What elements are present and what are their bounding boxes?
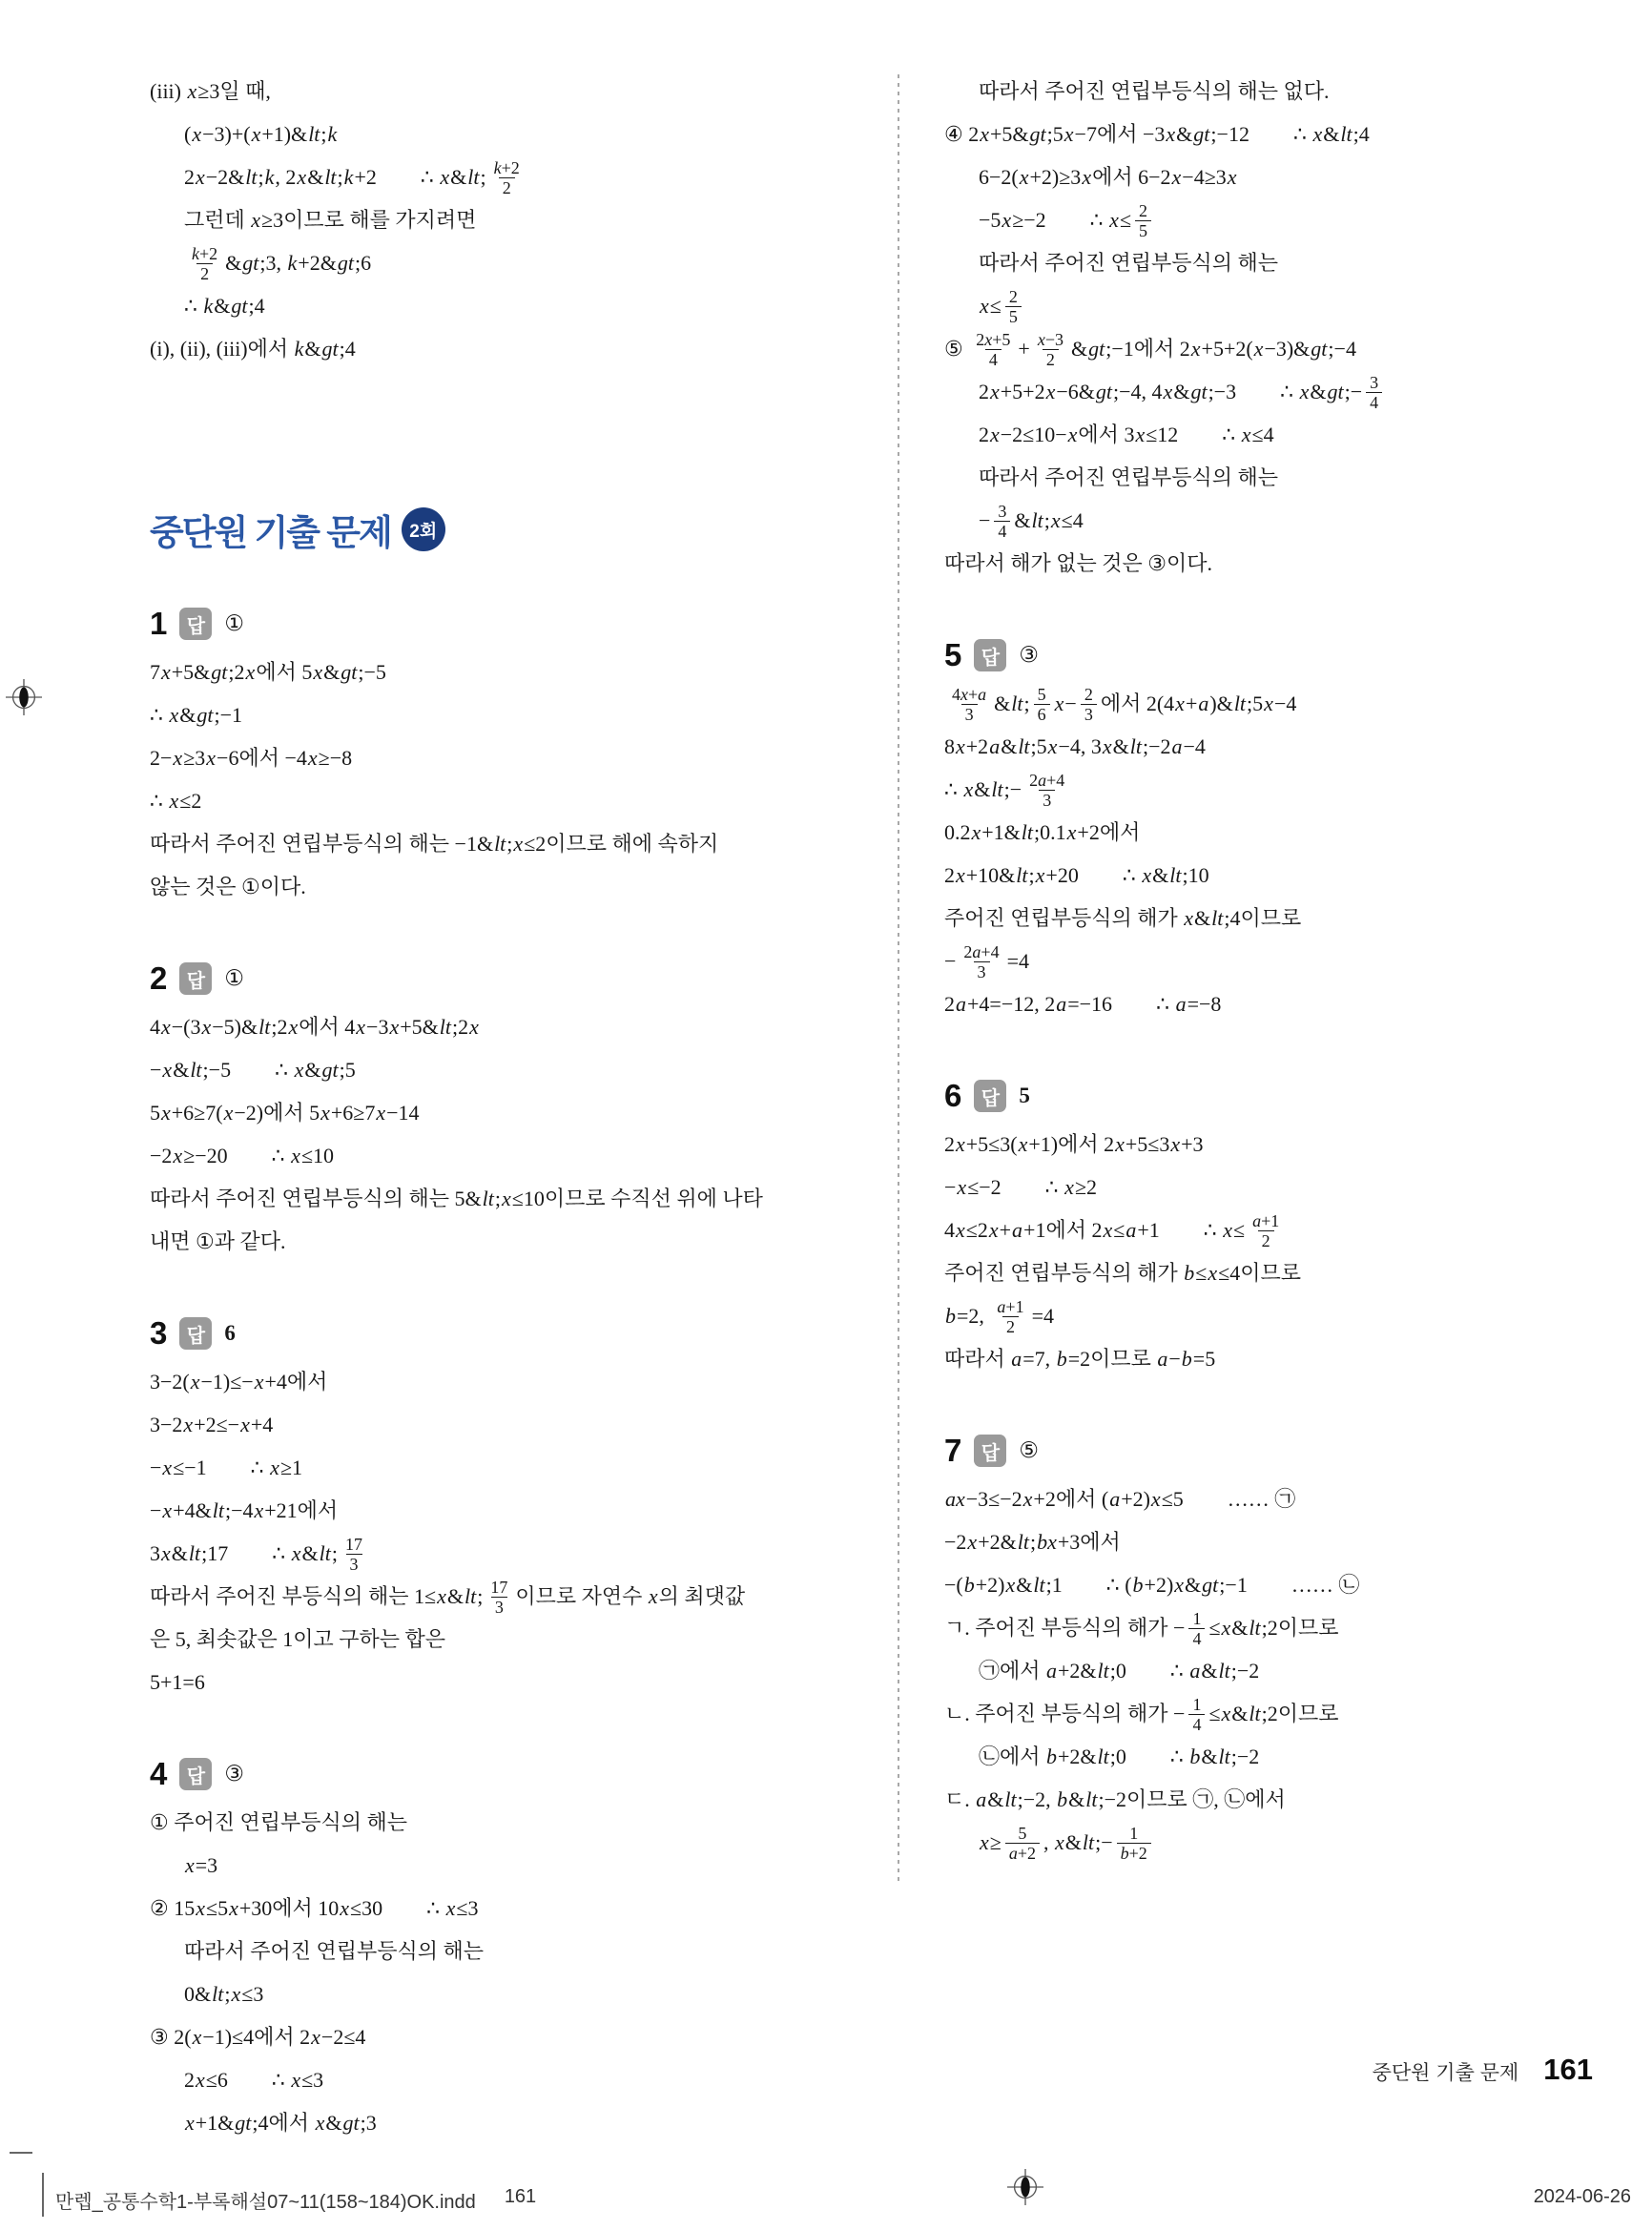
solution-line: x≤25	[944, 285, 1517, 328]
fraction: 56	[1034, 685, 1050, 724]
problem-block: 7답⑤ax−3≤−2x+2에서 (a+2)x≤5…… ㉠−2x+2&lt;bx+…	[944, 1427, 1517, 1865]
text-run: 에서	[1078, 423, 1124, 447]
math-run: x	[648, 1584, 659, 1609]
text-run: …… ㉡	[1291, 1573, 1360, 1598]
answer-value: ⑤	[1019, 1438, 1039, 1463]
math-run: x≥	[979, 1830, 1002, 1855]
text-run: 이므로 해를 가지려면	[283, 208, 476, 233]
math-run: x≤	[979, 294, 1002, 319]
fraction: k+22	[490, 158, 524, 197]
math-run: ∴ x≤3	[272, 2068, 323, 2093]
text-run: 은 5, 최솟값은 1이고 구하는 합은	[150, 1627, 445, 1652]
solution-line: 4x−(3x−5)&lt;2x에서 4x−3x+5&lt;2x	[150, 1006, 627, 1049]
solution-line: 않는 것은 ①이다.	[150, 866, 627, 909]
fraction: 4x+a3	[948, 685, 990, 724]
math-run: 2x−2≤10−x	[979, 423, 1078, 447]
math-run: 2x+5+2(x−3)&gt;−4	[1180, 337, 1356, 361]
solution-line: −2x+2&lt;bx+3에서	[944, 1521, 1517, 1564]
math-run: −1&lt;x≤2	[455, 832, 547, 857]
math-run: ∴ x&lt;10	[1123, 863, 1209, 888]
text-run: 이므로 해에 속하지	[546, 832, 718, 857]
text-run: 에서	[1097, 122, 1143, 147]
fraction-denominator: 4	[1366, 392, 1382, 412]
text-run: 이므로	[1240, 1261, 1301, 1286]
trim-bar	[42, 2173, 44, 2217]
solution-line: 7x+5&gt;2x에서 5x&gt;−5	[150, 651, 627, 694]
fraction-denominator: 2	[1258, 1230, 1274, 1250]
print-info: 만렙_공통수학1-부록해설07~11(158~184)OK.indd 161	[55, 2186, 536, 2214]
math-run: 2(4x+a)&lt;5x−4	[1146, 692, 1297, 716]
fraction: 14	[1188, 1695, 1205, 1734]
solution-line: 2−x≥3x−6에서 −4x≥−8	[150, 737, 627, 780]
math-run: (a+2)x≤5	[1102, 1487, 1184, 1512]
math-run: ∴ x≤	[1204, 1218, 1245, 1243]
solution-line: −x&lt;−5∴ x&gt;5	[150, 1049, 627, 1092]
math-run: 2x−2≤4	[299, 2025, 365, 2050]
answer-badge: 답	[179, 1758, 212, 1790]
text-run: 에서	[272, 1896, 318, 1921]
continuation-block: 따라서 주어진 연립부등식의 해는 없다.④ 2x+5&gt;5x−7에서 −3…	[944, 71, 1517, 586]
solution-line: (x−3)+(x+1)&lt;k	[150, 114, 627, 156]
math-run: k&gt;4	[294, 337, 356, 361]
math-run: 6−2x−4≥3x	[1138, 165, 1237, 190]
solution-line: 0.2x+1&lt;0.1x+2에서	[944, 812, 1517, 855]
text-run: 따라서 주어진 연립부등식의 해는	[150, 1187, 455, 1211]
text-run: ②	[150, 1896, 174, 1921]
solution-line: ∴ k&gt;4	[150, 285, 627, 328]
text-run: (iii)	[150, 79, 187, 104]
registration-mark-icon	[1007, 2169, 1043, 2205]
solution-line: 5+1=6	[150, 1662, 627, 1704]
problem-number: 6	[944, 1078, 961, 1114]
math-run: −3x&gt;−12	[1143, 122, 1249, 147]
math-run: 2x≤a+1	[1091, 1218, 1159, 1243]
problem-block: 5답③4x+a3&lt;56x−23에서 2(4x+a)&lt;5x−48x+2…	[944, 631, 1517, 1026]
fraction: k+22	[188, 244, 221, 283]
math-run: 3x≤12	[1124, 423, 1178, 447]
column-divider	[898, 74, 899, 1885]
problem-block: 3답63−2(x−1)≤−x+4에서3−2x+2≤−x+4−x≤−1∴ x≥1−…	[150, 1310, 627, 1704]
print-filename: 만렙_공통수학1-부록해설07~11(158~184)OK.indd	[55, 2186, 476, 2214]
print-date: 2024-06-26	[1534, 2186, 1631, 2208]
problem-number: 3	[150, 1315, 167, 1352]
fraction: 14	[1188, 1609, 1205, 1648]
text-run: 에서	[254, 2025, 299, 2050]
fraction-denominator: 4	[1188, 1628, 1205, 1648]
solution-line: 4x+a3&lt;56x−23에서 2(4x+a)&lt;5x−4	[944, 683, 1517, 726]
math-run: ∴ a=−8	[1156, 992, 1221, 1017]
math-run: 8x+2a&lt;5x−4, 3x&lt;−2a−4	[944, 734, 1206, 759]
math-run: 2(x−1)≤4	[174, 2025, 254, 2050]
solution-line: 그런데 x≥3이므로 해를 가지려면	[150, 199, 627, 242]
fraction: 2x+54	[972, 330, 1014, 369]
page-footer: 중단원 기출 문제 161	[1373, 2053, 1593, 2087]
math-run: 3−2x+2≤−x+4	[150, 1413, 273, 1437]
math-run: −(b+2)x&lt;1	[944, 1573, 1063, 1598]
solution-line: ∴ x≤2	[150, 780, 627, 823]
fraction-numerator: 1	[1188, 1609, 1205, 1628]
solution-line: 따라서 주어진 연립부등식의 해는	[944, 242, 1517, 285]
text-run: 이므로 수직선 위에 나타	[545, 1187, 763, 1211]
math-run: ∴ x≤4	[1222, 423, 1273, 447]
math-run: 7x+5&gt;2x	[150, 660, 256, 685]
fraction-numerator: 2a+4	[960, 942, 1002, 961]
fraction-numerator: 5	[1014, 1824, 1030, 1843]
print-sheet-number: 161	[505, 2186, 536, 2214]
solution-line: k+22&gt;3, k+2&gt;6	[150, 242, 627, 285]
solution-line: 2x+5+2x−6&gt;−4, 4x&gt;−3∴ x&gt;−34	[944, 371, 1517, 414]
solution-line: 따라서 주어진 연립부등식의 해는 5&lt;x≤10이므로 수직선 위에 나타	[150, 1178, 627, 1221]
fraction-numerator: 3	[994, 502, 1010, 521]
fraction-numerator: 17	[486, 1578, 511, 1597]
math-run: 4x−3x+5&lt;2x	[344, 1015, 480, 1040]
problem-header: 4답③	[150, 1750, 627, 1798]
math-run: ∴ (b+2)x&gt;−1	[1106, 1573, 1248, 1598]
math-run: −5x≥−2	[979, 208, 1046, 233]
section-header: 중단원 기출 문제2회	[150, 505, 627, 554]
text-run: 주어진 연립부등식의 해가	[944, 1261, 1183, 1286]
solution-line: 5x+6≥7(x−2)에서 5x+6≥7x−14	[150, 1092, 627, 1135]
solution-line: 0&lt;x≤3	[150, 1973, 627, 2016]
answer-value: ①	[224, 966, 244, 991]
math-run: x&gt;3	[315, 2111, 377, 2136]
solution-line: −x≤−2∴ x≥2	[944, 1167, 1517, 1209]
solution-line: ⑤ 2x+54+x−32&gt;−1에서 2x+5+2(x−3)&gt;−4	[944, 328, 1517, 371]
fraction-numerator: 17	[341, 1535, 366, 1554]
math-run: 4x≤2x+a+1	[944, 1218, 1045, 1243]
text-run: 에서	[298, 1498, 339, 1523]
math-run: 5x&gt;−5	[301, 660, 386, 685]
solution-line: 따라서 주어진 연립부등식의 해는 없다.	[944, 71, 1517, 114]
text-run: 따라서 주어진 연립부등식의 해는	[979, 465, 1278, 490]
math-run: x≥3	[250, 208, 283, 233]
math-run: 6−2(x+2)≥3x	[979, 165, 1092, 190]
solution-line: 따라서 주어진 연립부등식의 해는 −1&lt;x≤2이므로 해에 속하지	[150, 823, 627, 866]
text-run: ㉠에서	[979, 1659, 1045, 1683]
fraction: 2a+43	[1025, 771, 1068, 810]
text-run: 이므로	[1278, 1616, 1339, 1641]
fraction-denominator: 3	[1081, 704, 1097, 724]
problem-block: 4답③① 주어진 연립부등식의 해는x=3② 15x≤5x+30에서 10x≤3…	[150, 1750, 627, 2145]
math-run: &gt;−1	[1071, 337, 1134, 361]
text-run: 에서	[1101, 692, 1146, 716]
math-run: 5+1=6	[150, 1670, 205, 1695]
math-run: a&lt;−2, b&lt;−2	[975, 1787, 1126, 1812]
section-title: 중단원 기출 문제	[150, 504, 391, 555]
fraction-numerator: 2a+4	[1025, 771, 1068, 790]
solution-line: 3−2x+2≤−x+4	[150, 1404, 627, 1447]
fraction-denominator: 4	[994, 521, 1010, 541]
answer-value: 5	[1019, 1084, 1030, 1108]
math-run: 10x≤30	[318, 1896, 382, 1921]
math-run: ax−3≤−2x+2	[944, 1487, 1056, 1512]
fraction-denominator: 2	[1043, 349, 1059, 369]
solution-line: 주어진 연립부등식의 해가 x&lt;4이므로	[944, 898, 1517, 940]
problem-number: 1	[150, 606, 167, 642]
math-run: −x≤−1	[150, 1456, 207, 1480]
solution-line: 따라서 주어진 연립부등식의 해는	[150, 1931, 627, 1973]
solution-line: (i), (ii), (iii)에서 k&gt;4	[150, 328, 627, 371]
math-run: 4x−(3x−5)&lt;2x	[150, 1015, 299, 1040]
math-run: ∴ b&lt;−2	[1170, 1745, 1259, 1769]
answer-badge: 답	[974, 639, 1006, 671]
text-run: 에서	[1080, 1530, 1121, 1555]
math-run: b≤x≤4	[1183, 1261, 1240, 1286]
fraction: 34	[1366, 373, 1382, 412]
math-run: &lt;	[994, 692, 1029, 716]
math-run: ≤x&lt;2	[1208, 1702, 1277, 1726]
solution-line: −(b+2)x&lt;1∴ (b+2)x&gt;−1…… ㉡	[944, 1564, 1517, 1607]
math-run: =4	[1007, 949, 1029, 974]
fraction-denominator: a+2	[1005, 1843, 1040, 1863]
text-run: 에서	[1100, 820, 1141, 845]
text-run: 에서	[1058, 1132, 1104, 1157]
math-run: &lt;x≤4	[1014, 508, 1083, 533]
fraction: 25	[1135, 201, 1151, 240]
page-number: 161	[1543, 2053, 1593, 2087]
fraction-numerator: 2	[1081, 685, 1097, 704]
math-run: 2−x≥3x−6	[150, 746, 238, 771]
fraction-denominator: 2	[499, 177, 515, 197]
fraction: 173	[486, 1578, 511, 1617]
fraction-denominator: 2	[196, 263, 213, 283]
solution-line: 3x&lt;17∴ x&lt;173	[150, 1533, 627, 1576]
right-column: 따라서 주어진 연립부등식의 해는 없다.④ 2x+5&gt;5x−7에서 −3…	[944, 71, 1517, 1865]
math-run: b=2,	[944, 1304, 989, 1329]
problem-header: 3답6	[150, 1310, 627, 1357]
math-run: −	[1173, 1616, 1185, 1641]
text-run: 에서	[238, 746, 284, 771]
math-run: ∴ x≥1	[251, 1456, 302, 1480]
text-run: 의 최댓값	[659, 1584, 746, 1609]
problem-block: 1답①7x+5&gt;2x에서 5x&gt;−5∴ x&gt;−12−x≥3x−…	[150, 600, 627, 909]
math-run: 1≤x&lt;	[414, 1584, 483, 1609]
math-run: −2x≥−20	[150, 1144, 228, 1168]
answer-badge: 답	[974, 1080, 1006, 1112]
text-run: ⑤	[944, 337, 968, 361]
text-run: ① 주어진 연립부등식의 해는	[150, 1810, 407, 1835]
problem-header: 7답⑤	[944, 1427, 1517, 1475]
fraction-denominator: 6	[1034, 704, 1050, 724]
math-run: −	[944, 949, 956, 974]
fraction-denominator: b+2	[1117, 1843, 1151, 1863]
math-run: 0&lt;x≤3	[184, 1982, 263, 2007]
fraction-numerator: 5	[1034, 685, 1050, 704]
answer-badge: 답	[974, 1435, 1006, 1467]
solution-line: x≥5a+2, x&lt;−1b+2	[944, 1822, 1517, 1865]
math-run: ∴ x≤	[1090, 208, 1131, 233]
math-run: x+1&gt;4	[184, 2111, 269, 2136]
text-run: 따라서 주어진 연립부등식의 해는	[979, 251, 1278, 276]
problem-number: 4	[150, 1756, 167, 1792]
text-run: 에서	[1045, 1218, 1091, 1243]
solution-line: 주어진 연립부등식의 해가 b≤x≤4이므로	[944, 1252, 1517, 1295]
text-run: 따라서 주어진 연립부등식의 해는	[150, 832, 455, 857]
fraction: 2a+43	[960, 942, 1002, 981]
math-run: ∴ x≤10	[272, 1144, 334, 1168]
problem-number: 7	[944, 1433, 961, 1469]
solution-line: −x+4&lt;−4x+21에서	[150, 1490, 627, 1533]
math-run: x−	[1054, 692, 1077, 716]
fraction-numerator: 3	[1366, 373, 1382, 392]
fraction: 23	[1081, 685, 1097, 724]
footer-section-label: 중단원 기출 문제	[1373, 2057, 1519, 2086]
math-run: ∴ x&gt;5	[275, 1058, 356, 1083]
textbook-solution-page: (iii) x≥3일 때,(x−3)+(x+1)&lt;k2x−2&lt;k, …	[0, 0, 1652, 2230]
solution-line: ㄷ. a&lt;−2, b&lt;−2이므로 ㉠, ㉡에서	[944, 1779, 1517, 1822]
text-run: 에서	[256, 660, 301, 685]
text-run: 내면 ①과 같다.	[150, 1229, 285, 1254]
problem-block: 2답①4x−(3x−5)&lt;2x에서 4x−3x+5&lt;2x−x&lt;…	[150, 955, 627, 1264]
math-run: ∴ x≥2	[1045, 1175, 1097, 1200]
math-run: 3x&lt;17	[150, 1541, 228, 1566]
math-run: &gt;3, k+2&gt;6	[225, 251, 371, 276]
math-run: ∴ x&lt;4	[1293, 122, 1370, 147]
text-run: ④	[944, 122, 968, 147]
round-badge: 2회	[402, 507, 445, 551]
registration-mark-icon	[6, 679, 42, 715]
answer-value: ③	[1019, 643, 1039, 668]
fraction-denominator: 2	[1002, 1316, 1019, 1336]
problem-block: 6답52x+5≤3(x+1)에서 2x+5≤3x+3−x≤−2∴ x≥24x≤2…	[944, 1072, 1517, 1381]
fraction-denominator: 3	[974, 961, 990, 981]
fraction-denominator: 4	[985, 349, 1002, 369]
fraction-denominator: 4	[1188, 1714, 1205, 1734]
text-run: 따라서 주어진 연립부등식의 해는 없다.	[979, 79, 1330, 104]
math-run: 2a+4=−12, 2a=−16	[944, 992, 1112, 1017]
solution-line: ㉡에서 b+2&lt;0∴ b&lt;−2	[944, 1736, 1517, 1779]
answer-value: 6	[224, 1321, 236, 1346]
math-run: 15x≤5x+30	[174, 1896, 272, 1921]
math-run: a−b=5	[1156, 1347, 1215, 1372]
fraction-numerator: 1	[1188, 1695, 1205, 1714]
math-run: x≥3	[187, 79, 220, 104]
text-run: 에서	[299, 1015, 344, 1040]
math-run: −2x+2&lt;bx+3	[944, 1530, 1080, 1555]
fraction: a+12	[1249, 1211, 1283, 1250]
problem-number: 2	[150, 960, 167, 997]
solution-line: ② 15x≤5x+30에서 10x≤30∴ x≤3	[150, 1888, 627, 1931]
text-run: 따라서 주어진 부등식의 해는	[150, 1584, 414, 1609]
answer-badge: 답	[179, 608, 212, 640]
solution-line: 2x+10&lt;x+20∴ x&lt;10	[944, 855, 1517, 898]
solution-line: 2x+5≤3(x+1)에서 2x+5≤3x+3	[944, 1124, 1517, 1167]
solution-line: ∴ x&gt;−1	[150, 694, 627, 737]
text-run: 에서	[1092, 165, 1138, 190]
text-run: 에서	[1134, 337, 1180, 361]
text-run: 그런데	[184, 208, 250, 233]
fraction-numerator: k+2	[490, 158, 524, 177]
math-run: x&lt;4	[1183, 906, 1240, 931]
fraction-numerator: 2	[1135, 201, 1151, 220]
solution-line: 은 5, 최솟값은 1이고 구하는 합은	[150, 1619, 627, 1662]
math-run: (x−3)+(x+1)&lt;k	[184, 122, 338, 147]
solution-line: −x≤−1∴ x≥1	[150, 1447, 627, 1490]
fraction-numerator: a+1	[1249, 1211, 1283, 1230]
math-run: 3−2(x−1)≤−x+4	[150, 1370, 287, 1394]
math-run: =4	[1032, 1304, 1054, 1329]
math-run: 5x+6≥7x−14	[309, 1101, 419, 1125]
text-run: 이므로	[1090, 1347, 1156, 1372]
solution-line: 따라서 주어진 연립부등식의 해는	[944, 457, 1517, 500]
math-run: 2x−2&lt;k, 2x&lt;k+2	[184, 165, 377, 190]
fraction-denominator: 3	[1039, 790, 1055, 810]
problem-header: 1답①	[150, 600, 627, 648]
solution-line: 따라서 a=7, b=2이므로 a−b=5	[944, 1338, 1517, 1381]
text-run: 주어진 연립부등식의 해가	[944, 906, 1183, 931]
math-run: 2x+5+2x−6&gt;−4, 4x&gt;−3	[979, 380, 1236, 404]
solution-line: ax−3≤−2x+2에서 (a+2)x≤5…… ㉠	[944, 1478, 1517, 1521]
solution-line: 2x−2&lt;k, 2x&lt;k+2∴ x&lt;k+22	[150, 156, 627, 199]
math-run: ∴ x&lt;−	[944, 777, 1022, 802]
solution-line: 2x−2≤10−x에서 3x≤12∴ x≤4	[944, 414, 1517, 457]
math-run: −x+4&lt;−4x+21	[150, 1498, 298, 1523]
fraction-numerator: 2	[1005, 287, 1022, 306]
solution-line: ① 주어진 연립부등식의 해는	[150, 1802, 627, 1845]
fraction: a+12	[993, 1297, 1027, 1336]
solution-line: ④ 2x+5&gt;5x−7에서 −3x&gt;−12∴ x&lt;4	[944, 114, 1517, 156]
fraction-numerator: 1	[1125, 1824, 1142, 1843]
math-run: x=3	[184, 1853, 217, 1878]
fraction-numerator: k+2	[188, 244, 221, 263]
math-run: , x&lt;−	[1043, 1830, 1113, 1855]
math-run: −	[1173, 1702, 1185, 1726]
answer-value: ③	[224, 1762, 244, 1786]
solution-line: x+1&gt;4에서 x&gt;3	[150, 2102, 627, 2145]
fraction: 34	[994, 502, 1010, 541]
answer-badge: 답	[179, 962, 212, 995]
text-run: 이므로 자연수	[515, 1584, 648, 1609]
math-run: 5&lt;x≤10	[455, 1187, 545, 1211]
solution-line: 3−2(x−1)≤−x+4에서	[150, 1361, 627, 1404]
problem-header: 2답①	[150, 955, 627, 1002]
math-run: b+2&lt;0	[1045, 1745, 1126, 1769]
fraction-numerator: a+1	[993, 1297, 1027, 1316]
solution-line: x=3	[150, 1845, 627, 1888]
math-run: ∴ x≤2	[150, 789, 201, 814]
math-run: 2x+5≤3x+3	[1104, 1132, 1203, 1157]
solution-line: ③ 2(x−1)≤4에서 2x−2≤4	[150, 2016, 627, 2059]
math-run: ∴ x&lt;	[421, 165, 486, 190]
math-run: −x≤−2	[944, 1175, 1002, 1200]
fraction-numerator: x−3	[1034, 330, 1067, 349]
math-run: ∴ x&lt;	[272, 1541, 338, 1566]
text-run: 않는 것은 ①이다.	[150, 875, 306, 899]
math-run: ≤x&lt;2	[1208, 1616, 1277, 1641]
math-run: ∴ x≤3	[426, 1896, 478, 1921]
text-run: 에서	[263, 1101, 309, 1125]
solution-line: 2x≤6∴ x≤3	[150, 2059, 627, 2102]
math-run: +	[1018, 337, 1029, 361]
text-run: 에서	[1056, 1487, 1102, 1512]
solution-line: ㄴ. 주어진 부등식의 해가 −14≤x&lt;2이므로	[944, 1693, 1517, 1736]
solution-line: b=2, a+12=4	[944, 1295, 1517, 1338]
text-run: 이므로	[1278, 1702, 1339, 1726]
solution-line: 따라서 해가 없는 것은 ③이다.	[944, 543, 1517, 586]
math-run: 0.2x+1&lt;0.1x+2	[944, 820, 1100, 845]
fraction-numerator: 2x+5	[972, 330, 1014, 349]
solution-line: 6−2(x+2)≥3x에서 6−2x−4≥3x	[944, 156, 1517, 199]
solution-line: 따라서 주어진 부등식의 해는 1≤x&lt;173이므로 자연수 x의 최댓값	[150, 1576, 627, 1619]
text-run: 에서	[287, 1370, 328, 1394]
text-run: 이므로	[1241, 906, 1302, 931]
fraction-denominator: 3	[961, 704, 978, 724]
fraction: 173	[341, 1535, 366, 1574]
solution-line: 2a+4=−12, 2a=−16∴ a=−8	[944, 983, 1517, 1026]
solution-line: −2x≥−20∴ x≤10	[150, 1135, 627, 1178]
problem-header: 5답③	[944, 631, 1517, 679]
math-run: −	[979, 508, 990, 533]
